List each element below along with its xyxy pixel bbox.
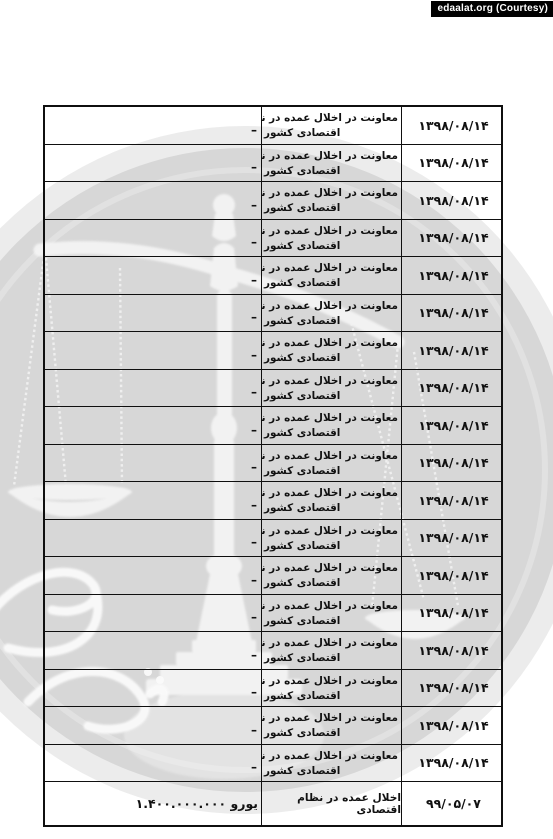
- amount-dash: –: [251, 461, 257, 473]
- charge-cell: معاونت در اخلال عمده در نظاماقتصادی کشور: [262, 745, 402, 782]
- charge-line1: معاونت در اخلال عمده در نظام: [264, 148, 398, 164]
- summary-date-cell: ۹۹/۰۵/۰۷: [402, 782, 505, 825]
- summary-row: یورو ۱.۴۰۰.۰۰۰.۰۰۰ اخلال عمده در نظام اق…: [45, 782, 501, 825]
- charge-line1: معاونت در اخلال عمده در نظام: [264, 560, 398, 576]
- amount-cell: –: [45, 595, 262, 632]
- table-row: –معاونت در اخلال عمده در نظاماقتصادی کشو…: [45, 295, 501, 333]
- charge-line2: اقتصادی کشور: [264, 389, 398, 404]
- date-value: ۱۳۹۸/۰۸/۱۴: [418, 643, 488, 658]
- date-cell: ۱۳۹۸/۰۸/۱۴: [402, 182, 505, 219]
- table-row: –معاونت در اخلال عمده در نظاماقتصادی کشو…: [45, 482, 501, 520]
- amount-dash: –: [251, 499, 257, 511]
- date-value: ۱۳۹۸/۰۸/۱۴: [418, 155, 488, 170]
- amount-dash: –: [251, 386, 257, 398]
- date-cell: ۱۳۹۸/۰۸/۱۴: [402, 145, 505, 182]
- date-cell: ۱۳۹۸/۰۸/۱۴: [402, 595, 505, 632]
- date-value: ۱۳۹۸/۰۸/۱۴: [418, 680, 488, 695]
- amount-dash: –: [251, 199, 257, 211]
- amount-cell: –: [45, 370, 262, 407]
- charge-cell: معاونت در اخلال عمده در نظاماقتصادی کشور: [262, 707, 402, 744]
- charge-line2: اقتصادی کشور: [264, 726, 398, 741]
- charge-line1: معاونت در اخلال عمده در نظام: [264, 448, 398, 464]
- amount-cell: –: [45, 670, 262, 707]
- date-cell: ۱۳۹۸/۰۸/۱۴: [402, 370, 505, 407]
- amount-cell: –: [45, 220, 262, 257]
- charge-cell: معاونت در اخلال عمده در نظاماقتصادی کشور: [262, 220, 402, 257]
- date-value: ۱۳۹۸/۰۸/۱۴: [418, 455, 488, 470]
- table-row: –معاونت در اخلال عمده در نظاماقتصادی کشو…: [45, 257, 501, 295]
- date-value: ۱۳۹۸/۰۸/۱۴: [418, 193, 488, 208]
- charge-line1: معاونت در اخلال عمده در نظام: [264, 710, 398, 726]
- amount-dash: –: [251, 274, 257, 286]
- date-cell: ۱۳۹۸/۰۸/۱۴: [402, 707, 505, 744]
- table-row: –معاونت در اخلال عمده در نظاماقتصادی کشو…: [45, 745, 501, 783]
- table-row: –معاونت در اخلال عمده در نظاماقتصادی کشو…: [45, 182, 501, 220]
- table-row: –معاونت در اخلال عمده در نظاماقتصادی کشو…: [45, 407, 501, 445]
- charge-line1: معاونت در اخلال عمده در نظام: [264, 335, 398, 351]
- charge-line2: اقتصادی کشور: [264, 576, 398, 591]
- summary-amount-value: یورو ۱.۴۰۰.۰۰۰.۰۰۰: [136, 796, 258, 811]
- amount-dash: –: [251, 611, 257, 623]
- charge-line1: معاونت در اخلال عمده در نظام: [264, 635, 398, 651]
- table-row: –معاونت در اخلال عمده در نظاماقتصادی کشو…: [45, 332, 501, 370]
- charge-line1: معاونت در اخلال عمده در نظام: [264, 673, 398, 689]
- date-cell: ۱۳۹۸/۰۸/۱۴: [402, 445, 505, 482]
- table-row: –معاونت در اخلال عمده در نظاماقتصادی کشو…: [45, 107, 501, 145]
- amount-dash: –: [251, 424, 257, 436]
- date-value: ۱۳۹۸/۰۸/۱۴: [418, 268, 488, 283]
- charge-line2: اقتصادی کشور: [264, 239, 398, 254]
- charge-line2: اقتصادی کشور: [264, 539, 398, 554]
- date-cell: ۱۳۹۸/۰۸/۱۴: [402, 295, 505, 332]
- charge-line2: اقتصادی کشور: [264, 276, 398, 291]
- case-table: –معاونت در اخلال عمده در نظاماقتصادی کشو…: [43, 105, 503, 827]
- amount-cell: –: [45, 557, 262, 594]
- charge-cell: معاونت در اخلال عمده در نظاماقتصادی کشور: [262, 445, 402, 482]
- amount-dash: –: [251, 574, 257, 586]
- date-value: ۱۳۹۸/۰۸/۱۴: [418, 418, 488, 433]
- charge-line2: اقتصادی کشور: [264, 501, 398, 516]
- date-cell: ۱۳۹۸/۰۸/۱۴: [402, 407, 505, 444]
- charge-line2: اقتصادی کشور: [264, 764, 398, 779]
- table-row: –معاونت در اخلال عمده در نظاماقتصادی کشو…: [45, 520, 501, 558]
- date-value: ۱۳۹۸/۰۸/۱۴: [418, 605, 488, 620]
- date-value: ۱۳۹۸/۰۸/۱۴: [418, 718, 488, 733]
- date-value: ۱۳۹۸/۰۸/۱۴: [418, 530, 488, 545]
- date-value: ۱۳۹۸/۰۸/۱۴: [418, 380, 488, 395]
- table-row: –معاونت در اخلال عمده در نظاماقتصادی کشو…: [45, 557, 501, 595]
- charge-line2: اقتصادی کشور: [264, 614, 398, 629]
- amount-dash: –: [251, 236, 257, 248]
- amount-cell: –: [45, 445, 262, 482]
- table-row: –معاونت در اخلال عمده در نظاماقتصادی کشو…: [45, 632, 501, 670]
- date-cell: ۱۳۹۸/۰۸/۱۴: [402, 107, 505, 144]
- amount-cell: –: [45, 107, 262, 144]
- date-cell: ۱۳۹۸/۰۸/۱۴: [402, 332, 505, 369]
- amount-cell: –: [45, 407, 262, 444]
- charge-line1: معاونت در اخلال عمده در نظام: [264, 485, 398, 501]
- summary-charge-cell: اخلال عمده در نظام اقتصادی: [262, 782, 402, 825]
- charge-line1: معاونت در اخلال عمده در نظام: [264, 185, 398, 201]
- amount-dash: –: [251, 349, 257, 361]
- amount-cell: –: [45, 632, 262, 669]
- charge-line1: معاونت در اخلال عمده در نظام: [264, 110, 398, 126]
- charge-line2: اقتصادی کشور: [264, 426, 398, 441]
- table-row: –معاونت در اخلال عمده در نظاماقتصادی کشو…: [45, 707, 501, 745]
- charge-cell: معاونت در اخلال عمده در نظاماقتصادی کشور: [262, 670, 402, 707]
- amount-cell: –: [45, 332, 262, 369]
- charge-line1: معاونت در اخلال عمده در نظام: [264, 223, 398, 239]
- date-value: ۱۳۹۸/۰۸/۱۴: [418, 343, 488, 358]
- table-row: –معاونت در اخلال عمده در نظاماقتصادی کشو…: [45, 145, 501, 183]
- summary-amount-cell: یورو ۱.۴۰۰.۰۰۰.۰۰۰: [45, 782, 262, 825]
- amount-cell: –: [45, 520, 262, 557]
- charge-cell: معاونت در اخلال عمده در نظاماقتصادی کشور: [262, 557, 402, 594]
- amount-dash: –: [251, 761, 257, 773]
- charge-cell: معاونت در اخلال عمده در نظاماقتصادی کشور: [262, 482, 402, 519]
- charge-line1: معاونت در اخلال عمده در نظام: [264, 748, 398, 764]
- amount-cell: –: [45, 295, 262, 332]
- date-value: ۱۳۹۸/۰۸/۱۴: [418, 493, 488, 508]
- amount-cell: –: [45, 482, 262, 519]
- charge-line2: اقتصادی کشور: [264, 164, 398, 179]
- charge-cell: معاونت در اخلال عمده در نظاماقتصادی کشور: [262, 370, 402, 407]
- amount-cell: –: [45, 745, 262, 782]
- date-value: ۱۳۹۸/۰۸/۱۴: [418, 568, 488, 583]
- charge-line2: اقتصادی کشور: [264, 314, 398, 329]
- date-cell: ۱۳۹۸/۰۸/۱۴: [402, 482, 505, 519]
- amount-cell: –: [45, 182, 262, 219]
- charge-line2: اقتصادی کشور: [264, 351, 398, 366]
- charge-cell: معاونت در اخلال عمده در نظاماقتصادی کشور: [262, 520, 402, 557]
- courtesy-badge: edaalat.org (Courtesy): [431, 1, 553, 17]
- charge-cell: معاونت در اخلال عمده در نظاماقتصادی کشور: [262, 407, 402, 444]
- table-row: –معاونت در اخلال عمده در نظاماقتصادی کشو…: [45, 445, 501, 483]
- charge-line1: معاونت در اخلال عمده در نظام: [264, 410, 398, 426]
- charge-line1: معاونت در اخلال عمده در نظام: [264, 260, 398, 276]
- table-row: –معاونت در اخلال عمده در نظاماقتصادی کشو…: [45, 370, 501, 408]
- charge-cell: معاونت در اخلال عمده در نظاماقتصادی کشور: [262, 257, 402, 294]
- charge-line2: اقتصادی کشور: [264, 126, 398, 141]
- charge-line1: معاونت در اخلال عمده در نظام: [264, 598, 398, 614]
- amount-dash: –: [251, 311, 257, 323]
- table-row: –معاونت در اخلال عمده در نظاماقتصادی کشو…: [45, 670, 501, 708]
- summary-charge-text: اخلال عمده در نظام اقتصادی: [262, 792, 401, 816]
- date-cell: ۱۳۹۸/۰۸/۱۴: [402, 632, 505, 669]
- charge-cell: معاونت در اخلال عمده در نظاماقتصادی کشور: [262, 182, 402, 219]
- table-row: –معاونت در اخلال عمده در نظاماقتصادی کشو…: [45, 220, 501, 258]
- amount-dash: –: [251, 649, 257, 661]
- charge-line1: معاونت در اخلال عمده در نظام: [264, 523, 398, 539]
- charge-cell: معاونت در اخلال عمده در نظاماقتصادی کشور: [262, 332, 402, 369]
- date-cell: ۱۳۹۸/۰۸/۱۴: [402, 220, 505, 257]
- summary-date-value: ۹۹/۰۵/۰۷: [426, 796, 481, 811]
- amount-dash: –: [251, 161, 257, 173]
- amount-dash: –: [251, 724, 257, 736]
- charge-cell: معاونت در اخلال عمده در نظاماقتصادی کشور: [262, 595, 402, 632]
- charge-cell: معاونت در اخلال عمده در نظاماقتصادی کشور: [262, 107, 402, 144]
- charge-line2: اقتصادی کشور: [264, 689, 398, 704]
- date-value: ۱۳۹۸/۰۸/۱۴: [418, 118, 488, 133]
- date-cell: ۱۳۹۸/۰۸/۱۴: [402, 557, 505, 594]
- charge-cell: معاونت در اخلال عمده در نظاماقتصادی کشور: [262, 295, 402, 332]
- amount-cell: –: [45, 707, 262, 744]
- charge-line2: اقتصادی کشور: [264, 651, 398, 666]
- amount-cell: –: [45, 145, 262, 182]
- document-page: edaalat.org (Courtesy) –معاونت در اخلال …: [0, 0, 553, 839]
- charge-line1: معاونت در اخلال عمده در نظام: [264, 373, 398, 389]
- date-cell: ۱۳۹۸/۰۸/۱۴: [402, 670, 505, 707]
- amount-dash: –: [251, 686, 257, 698]
- date-value: ۱۳۹۸/۰۸/۱۴: [418, 755, 488, 770]
- date-value: ۱۳۹۸/۰۸/۱۴: [418, 305, 488, 320]
- charge-line1: معاونت در اخلال عمده در نظام: [264, 298, 398, 314]
- amount-dash: –: [251, 536, 257, 548]
- date-cell: ۱۳۹۸/۰۸/۱۴: [402, 257, 505, 294]
- table-row: –معاونت در اخلال عمده در نظاماقتصادی کشو…: [45, 595, 501, 633]
- date-value: ۱۳۹۸/۰۸/۱۴: [418, 230, 488, 245]
- charge-line2: اقتصادی کشور: [264, 201, 398, 216]
- amount-cell: –: [45, 257, 262, 294]
- amount-dash: –: [251, 124, 257, 136]
- charge-cell: معاونت در اخلال عمده در نظاماقتصادی کشور: [262, 632, 402, 669]
- date-cell: ۱۳۹۸/۰۸/۱۴: [402, 745, 505, 782]
- charge-cell: معاونت در اخلال عمده در نظاماقتصادی کشور: [262, 145, 402, 182]
- charge-line2: اقتصادی کشور: [264, 464, 398, 479]
- date-cell: ۱۳۹۸/۰۸/۱۴: [402, 520, 505, 557]
